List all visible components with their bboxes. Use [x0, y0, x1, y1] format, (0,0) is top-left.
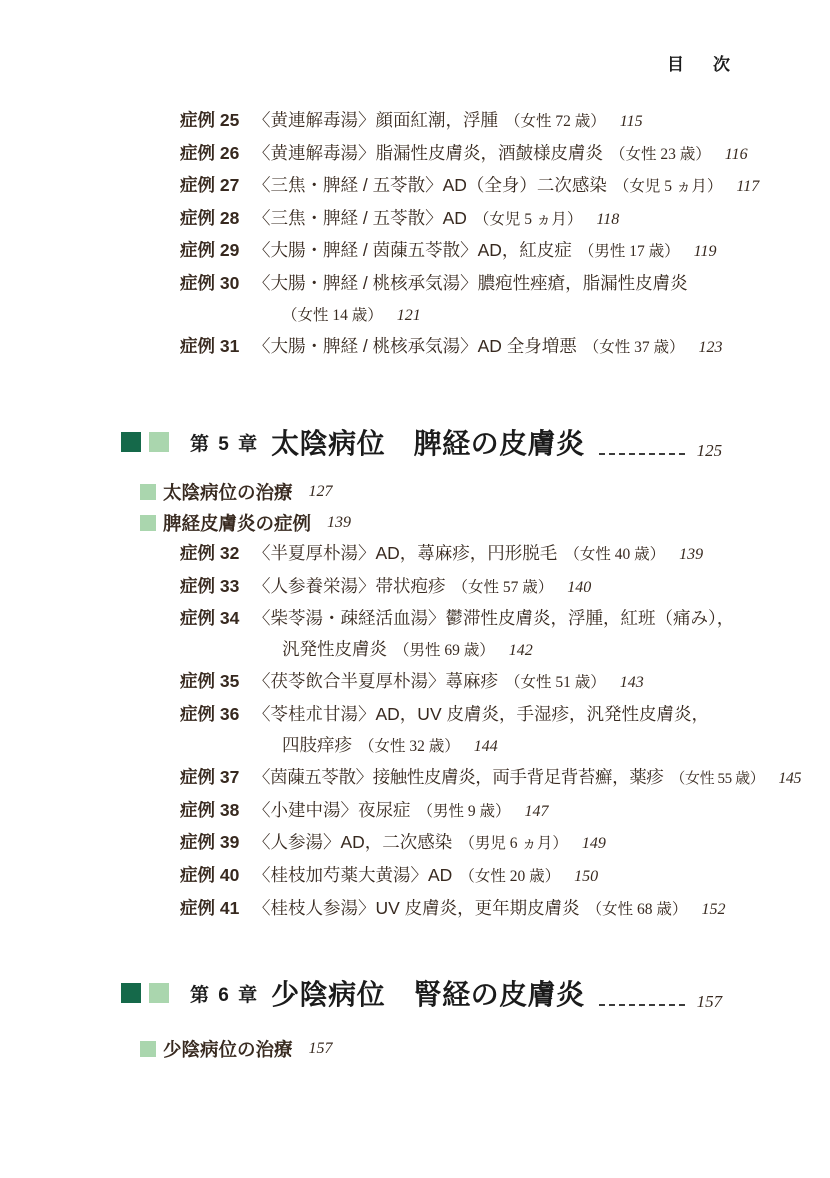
dashed-leader: [599, 1004, 685, 1006]
case-title: 〈黄連解毒湯〉顔面紅潮，浮腫: [253, 110, 498, 130]
case-patient-info: （女性 68 歳）: [587, 901, 688, 918]
case-patient-info: （男性 69 歳）: [394, 642, 495, 659]
case-page-number: 144: [474, 738, 498, 755]
case-patient-info: （女性 57 歳）: [453, 579, 554, 596]
case-title: 四肢痒疹: [282, 735, 352, 755]
case-body: 〈柴苓湯・疎経活血湯〉鬱滞性皮膚炎，浮腫，紅班（痛み），汎発性皮膚炎（男性 69…: [253, 603, 734, 666]
case-row: 症例 35〈茯苓飲合半夏厚朴湯〉蕁麻疹（女性 51 歳）143: [180, 666, 801, 699]
case-title: 〈黄連解毒湯〉脂漏性皮膚炎，酒皶様皮膚炎: [253, 143, 603, 163]
case-row: 症例 37〈茵蔯五苓散〉接触性皮膚炎，両手背足背苔癬，薬疹（女性 55 歳）14…: [180, 762, 801, 795]
subsection-page-number: 127: [309, 483, 333, 501]
case-page-number: 123: [699, 339, 723, 356]
case-page-number: 142: [509, 642, 533, 659]
case-group-1: 症例 25〈黄連解毒湯〉顔面紅潮，浮腫（女性 72 歳）115症例 26〈黄連解…: [180, 105, 759, 364]
case-line: 〈半夏厚朴湯〉AD，蕁麻疹，円形脱毛（女性 40 歳）139: [253, 538, 703, 571]
case-line: 〈黄連解毒湯〉脂漏性皮膚炎，酒皶様皮膚炎（女性 23 歳）116: [253, 138, 748, 171]
chapter-6-row: 第 6 章 少陰病位 腎経の皮膚炎 157: [121, 973, 722, 1013]
case-patient-info: （女性 40 歳）: [564, 546, 665, 563]
case-body: 〈人参養栄湯〉帯状疱疹（女性 57 歳）140: [253, 571, 591, 604]
case-title: 〈小建中湯〉夜尿症: [253, 800, 411, 820]
case-title: 〈人参養栄湯〉帯状疱疹: [253, 576, 446, 596]
case-page-number: 150: [574, 868, 598, 885]
case-patient-info: （女性 23 歳）: [610, 146, 711, 163]
case-row: 症例 36〈苓桂朮甘湯〉AD，UV 皮膚炎，手湿疹，汎発性皮膚炎，四肢痒疹（女性…: [180, 699, 801, 762]
chapter-5-title: 太陰病位 脾経の皮膚炎: [271, 422, 585, 462]
subsection-bullet-square: [140, 1041, 156, 1057]
case-title: 〈苓桂朮甘湯〉AD，UV 皮膚炎，手湿疹，汎発性皮膚炎，: [253, 704, 709, 724]
case-patient-info: （女性 51 歳）: [505, 674, 606, 691]
case-row: 症例 32〈半夏厚朴湯〉AD，蕁麻疹，円形脱毛（女性 40 歳）139: [180, 538, 801, 571]
case-title: 〈茵蔯五苓散〉接触性皮膚炎，両手背足背苔癬，薬疹: [253, 767, 663, 787]
case-row: 症例 28〈三焦・脾経 / 五苓散〉AD（女児 5 ヵ月）118: [180, 203, 759, 236]
chapter-marker-dark-square: [121, 983, 141, 1003]
subsection-title: 太陰病位の治療: [163, 479, 293, 505]
case-row: 症例 26〈黄連解毒湯〉脂漏性皮膚炎，酒皶様皮膚炎（女性 23 歳）116: [180, 138, 759, 171]
case-number: 症例 39: [180, 827, 253, 858]
case-patient-info: （男性 9 歳）: [418, 803, 511, 820]
case-title: 〈半夏厚朴湯〉AD，蕁麻疹，円形脱毛: [253, 543, 557, 563]
case-title: 汎発性皮膚炎: [282, 639, 387, 659]
chapter-marker-dark-square: [121, 432, 141, 452]
case-row: 症例 31〈大腸・脾経 / 桃核承気湯〉AD 全身増悪（女性 37 歳）123: [180, 331, 759, 364]
case-line: 〈大腸・脾経 / 桃核承気湯〉AD 全身増悪（女性 37 歳）123: [253, 331, 723, 364]
chapter-5-subsections: 太陰病位の治療127脾経皮膚炎の症例139: [140, 476, 351, 538]
case-number: 症例 27: [180, 170, 253, 201]
case-number: 症例 35: [180, 666, 253, 697]
case-page-number: 143: [620, 674, 644, 691]
case-patient-info: （女性 37 歳）: [584, 339, 685, 356]
case-page-number: 152: [701, 901, 725, 918]
case-row: 症例 30〈大腸・脾経 / 桃核承気湯〉膿疱性痤瘡，脂漏性皮膚炎（女性 14 歳…: [180, 268, 759, 331]
case-number: 症例 37: [180, 762, 253, 793]
case-line: 汎発性皮膚炎（男性 69 歳）142: [253, 634, 734, 667]
subsection-bullet-square: [140, 484, 156, 500]
case-title: 〈三焦・脾経 / 五苓散〉AD: [253, 208, 467, 228]
subsection-title: 脾経皮膚炎の症例: [163, 510, 311, 536]
case-number: 症例 33: [180, 571, 253, 602]
case-line: （女性 14 歳）121: [253, 299, 688, 332]
case-line: 〈茵蔯五苓散〉接触性皮膚炎，両手背足背苔癬，薬疹（女性 55 歳）145: [253, 762, 801, 795]
case-line: 〈桂枝人参湯〉UV 皮膚炎，更年期皮膚炎（女性 68 歳）152: [253, 893, 725, 926]
case-patient-info: （女児 5 ヵ月）: [474, 211, 583, 228]
case-row: 症例 25〈黄連解毒湯〉顔面紅潮，浮腫（女性 72 歳）115: [180, 105, 759, 138]
case-line: 〈苓桂朮甘湯〉AD，UV 皮膚炎，手湿疹，汎発性皮膚炎，: [253, 699, 709, 730]
chapter-marker-light-square: [149, 432, 169, 452]
case-title: 〈桂枝加芍薬大黄湯〉AD: [253, 865, 452, 885]
case-number: 症例 30: [180, 268, 253, 299]
case-body: 〈大腸・脾経 / 茵蔯五苓散〉AD，紅皮症（男性 17 歳）119: [253, 235, 716, 268]
case-title: 〈大腸・脾経 / 桃核承気湯〉膿疱性痤瘡，脂漏性皮膚炎: [253, 273, 688, 293]
subsection-title: 少陰病位の治療: [163, 1036, 293, 1062]
case-number: 症例 32: [180, 538, 253, 569]
case-row: 症例 41〈桂枝人参湯〉UV 皮膚炎，更年期皮膚炎（女性 68 歳）152: [180, 893, 801, 926]
case-body: 〈黄連解毒湯〉脂漏性皮膚炎，酒皶様皮膚炎（女性 23 歳）116: [253, 138, 748, 171]
case-number: 症例 31: [180, 331, 253, 362]
case-number: 症例 29: [180, 235, 253, 266]
case-row: 症例 39〈人参湯〉AD，二次感染（男児 6 ヵ月）149: [180, 827, 801, 860]
case-line: 〈大腸・脾経 / 桃核承気湯〉膿疱性痤瘡，脂漏性皮膚炎: [253, 268, 688, 299]
case-title: 〈柴苓湯・疎経活血湯〉鬱滞性皮膚炎，浮腫，紅班（痛み），: [253, 608, 734, 628]
case-title: 〈人参湯〉AD，二次感染: [253, 832, 452, 852]
case-row: 症例 38〈小建中湯〉夜尿症（男性 9 歳）147: [180, 795, 801, 828]
case-page-number: 147: [525, 803, 549, 820]
case-page-number: 140: [567, 579, 591, 596]
case-line: 〈黄連解毒湯〉顔面紅潮，浮腫（女性 72 歳）115: [253, 105, 643, 138]
case-row: 症例 33〈人参養栄湯〉帯状疱疹（女性 57 歳）140: [180, 571, 801, 604]
case-title: 〈大腸・脾経 / 桃核承気湯〉AD 全身増悪: [253, 336, 577, 356]
chapter-6-title: 少陰病位 腎経の皮膚炎: [271, 973, 585, 1013]
case-body: 〈桂枝人参湯〉UV 皮膚炎，更年期皮膚炎（女性 68 歳）152: [253, 893, 725, 926]
page-title: 目 次: [667, 50, 736, 75]
case-page-number: 118: [596, 211, 619, 228]
case-title: 〈茯苓飲合半夏厚朴湯〉蕁麻疹: [253, 671, 498, 691]
case-body: 〈茯苓飲合半夏厚朴湯〉蕁麻疹（女性 51 歳）143: [253, 666, 644, 699]
subsection-page-number: 139: [327, 514, 351, 532]
subsection-row: 太陰病位の治療127: [140, 476, 351, 507]
subsection-row: 少陰病位の治療157: [140, 1033, 333, 1064]
case-row: 症例 27〈三焦・脾経 / 五苓散〉AD（全身）二次感染（女児 5 ヵ月）117: [180, 170, 759, 203]
case-body: 〈苓桂朮甘湯〉AD，UV 皮膚炎，手湿疹，汎発性皮膚炎，四肢痒疹（女性 32 歳…: [253, 699, 709, 762]
toc-page: 目 次 症例 25〈黄連解毒湯〉顔面紅潮，浮腫（女性 72 歳）115症例 26…: [0, 0, 830, 1178]
case-patient-info: （女性 55 歳）: [670, 771, 764, 787]
chapter-6-subsections: 少陰病位の治療157: [140, 1033, 333, 1064]
case-body: 〈大腸・脾経 / 桃核承気湯〉膿疱性痤瘡，脂漏性皮膚炎（女性 14 歳）121: [253, 268, 688, 331]
subsection-bullet-square: [140, 515, 156, 531]
case-line: 〈大腸・脾経 / 茵蔯五苓散〉AD，紅皮症（男性 17 歳）119: [253, 235, 716, 268]
case-page-number: 139: [679, 546, 703, 563]
case-page-number: 119: [694, 243, 717, 260]
case-body: 〈桂枝加芍薬大黄湯〉AD（女性 20 歳）150: [253, 860, 598, 893]
case-line: 〈三焦・脾経 / 五苓散〉AD（女児 5 ヵ月）118: [253, 203, 619, 236]
case-patient-info: （女児 5 ヵ月）: [614, 178, 723, 195]
case-page-number: 145: [778, 770, 801, 787]
chapter-marker-light-square: [149, 983, 169, 1003]
case-row: 症例 29〈大腸・脾経 / 茵蔯五苓散〉AD，紅皮症（男性 17 歳）119: [180, 235, 759, 268]
case-line: 四肢痒疹（女性 32 歳）144: [253, 730, 709, 763]
case-line: 〈茯苓飲合半夏厚朴湯〉蕁麻疹（女性 51 歳）143: [253, 666, 644, 699]
case-number: 症例 41: [180, 893, 253, 924]
case-body: 〈黄連解毒湯〉顔面紅潮，浮腫（女性 72 歳）115: [253, 105, 643, 138]
case-number: 症例 25: [180, 105, 253, 136]
case-title: 〈三焦・脾経 / 五苓散〉AD（全身）二次感染: [253, 175, 607, 195]
case-patient-info: （女性 72 歳）: [505, 113, 606, 130]
case-body: 〈人参湯〉AD，二次感染（男児 6 ヵ月）149: [253, 827, 606, 860]
case-page-number: 115: [620, 113, 643, 130]
case-body: 〈三焦・脾経 / 五苓散〉AD（全身）二次感染（女児 5 ヵ月）117: [253, 170, 759, 203]
case-page-number: 116: [725, 146, 748, 163]
case-row: 症例 40〈桂枝加芍薬大黄湯〉AD（女性 20 歳）150: [180, 860, 801, 893]
case-number: 症例 40: [180, 860, 253, 891]
dashed-leader: [599, 453, 685, 455]
case-line: 〈桂枝加芍薬大黄湯〉AD（女性 20 歳）150: [253, 860, 598, 893]
case-patient-info: （男性 17 歳）: [579, 243, 680, 260]
case-body: 〈大腸・脾経 / 桃核承気湯〉AD 全身増悪（女性 37 歳）123: [253, 331, 723, 364]
case-number: 症例 26: [180, 138, 253, 169]
chapter-5-label: 第 5 章: [190, 429, 259, 456]
subsection-row: 脾経皮膚炎の症例139: [140, 507, 351, 538]
case-line: 〈柴苓湯・疎経活血湯〉鬱滞性皮膚炎，浮腫，紅班（痛み），: [253, 603, 734, 634]
case-patient-info: （女性 20 歳）: [459, 868, 560, 885]
case-page-number: 117: [736, 178, 759, 195]
chapter-5-row: 第 5 章 太陰病位 脾経の皮膚炎 125: [121, 422, 722, 462]
case-patient-info: （男児 6 ヵ月）: [459, 835, 568, 852]
chapter-6-label: 第 6 章: [190, 980, 259, 1007]
case-number: 症例 28: [180, 203, 253, 234]
chapter-5-page: 125: [697, 441, 723, 461]
case-line: 〈小建中湯〉夜尿症（男性 9 歳）147: [253, 795, 549, 828]
case-row: 症例 34〈柴苓湯・疎経活血湯〉鬱滞性皮膚炎，浮腫，紅班（痛み），汎発性皮膚炎（…: [180, 603, 801, 666]
subsection-page-number: 157: [309, 1040, 333, 1058]
chapter-6-page: 157: [697, 992, 723, 1012]
case-number: 症例 38: [180, 795, 253, 826]
case-line: 〈人参養栄湯〉帯状疱疹（女性 57 歳）140: [253, 571, 591, 604]
case-body: 〈半夏厚朴湯〉AD，蕁麻疹，円形脱毛（女性 40 歳）139: [253, 538, 703, 571]
case-line: 〈三焦・脾経 / 五苓散〉AD（全身）二次感染（女児 5 ヵ月）117: [253, 170, 759, 203]
case-title: 〈桂枝人参湯〉UV 皮膚炎，更年期皮膚炎: [253, 898, 580, 918]
case-title: 〈大腸・脾経 / 茵蔯五苓散〉AD，紅皮症: [253, 240, 572, 260]
case-patient-info: （女性 32 歳）: [359, 738, 460, 755]
case-line: 〈人参湯〉AD，二次感染（男児 6 ヵ月）149: [253, 827, 606, 860]
case-page-number: 121: [397, 307, 421, 324]
case-page-number: 149: [582, 835, 606, 852]
case-body: 〈三焦・脾経 / 五苓散〉AD（女児 5 ヵ月）118: [253, 203, 619, 236]
case-body: 〈茵蔯五苓散〉接触性皮膚炎，両手背足背苔癬，薬疹（女性 55 歳）145: [253, 762, 801, 795]
case-number: 症例 36: [180, 699, 253, 730]
case-number: 症例 34: [180, 603, 253, 634]
case-body: 〈小建中湯〉夜尿症（男性 9 歳）147: [253, 795, 549, 828]
case-group-2: 症例 32〈半夏厚朴湯〉AD，蕁麻疹，円形脱毛（女性 40 歳）139症例 33…: [180, 538, 801, 925]
case-patient-info: （女性 14 歳）: [282, 307, 383, 324]
